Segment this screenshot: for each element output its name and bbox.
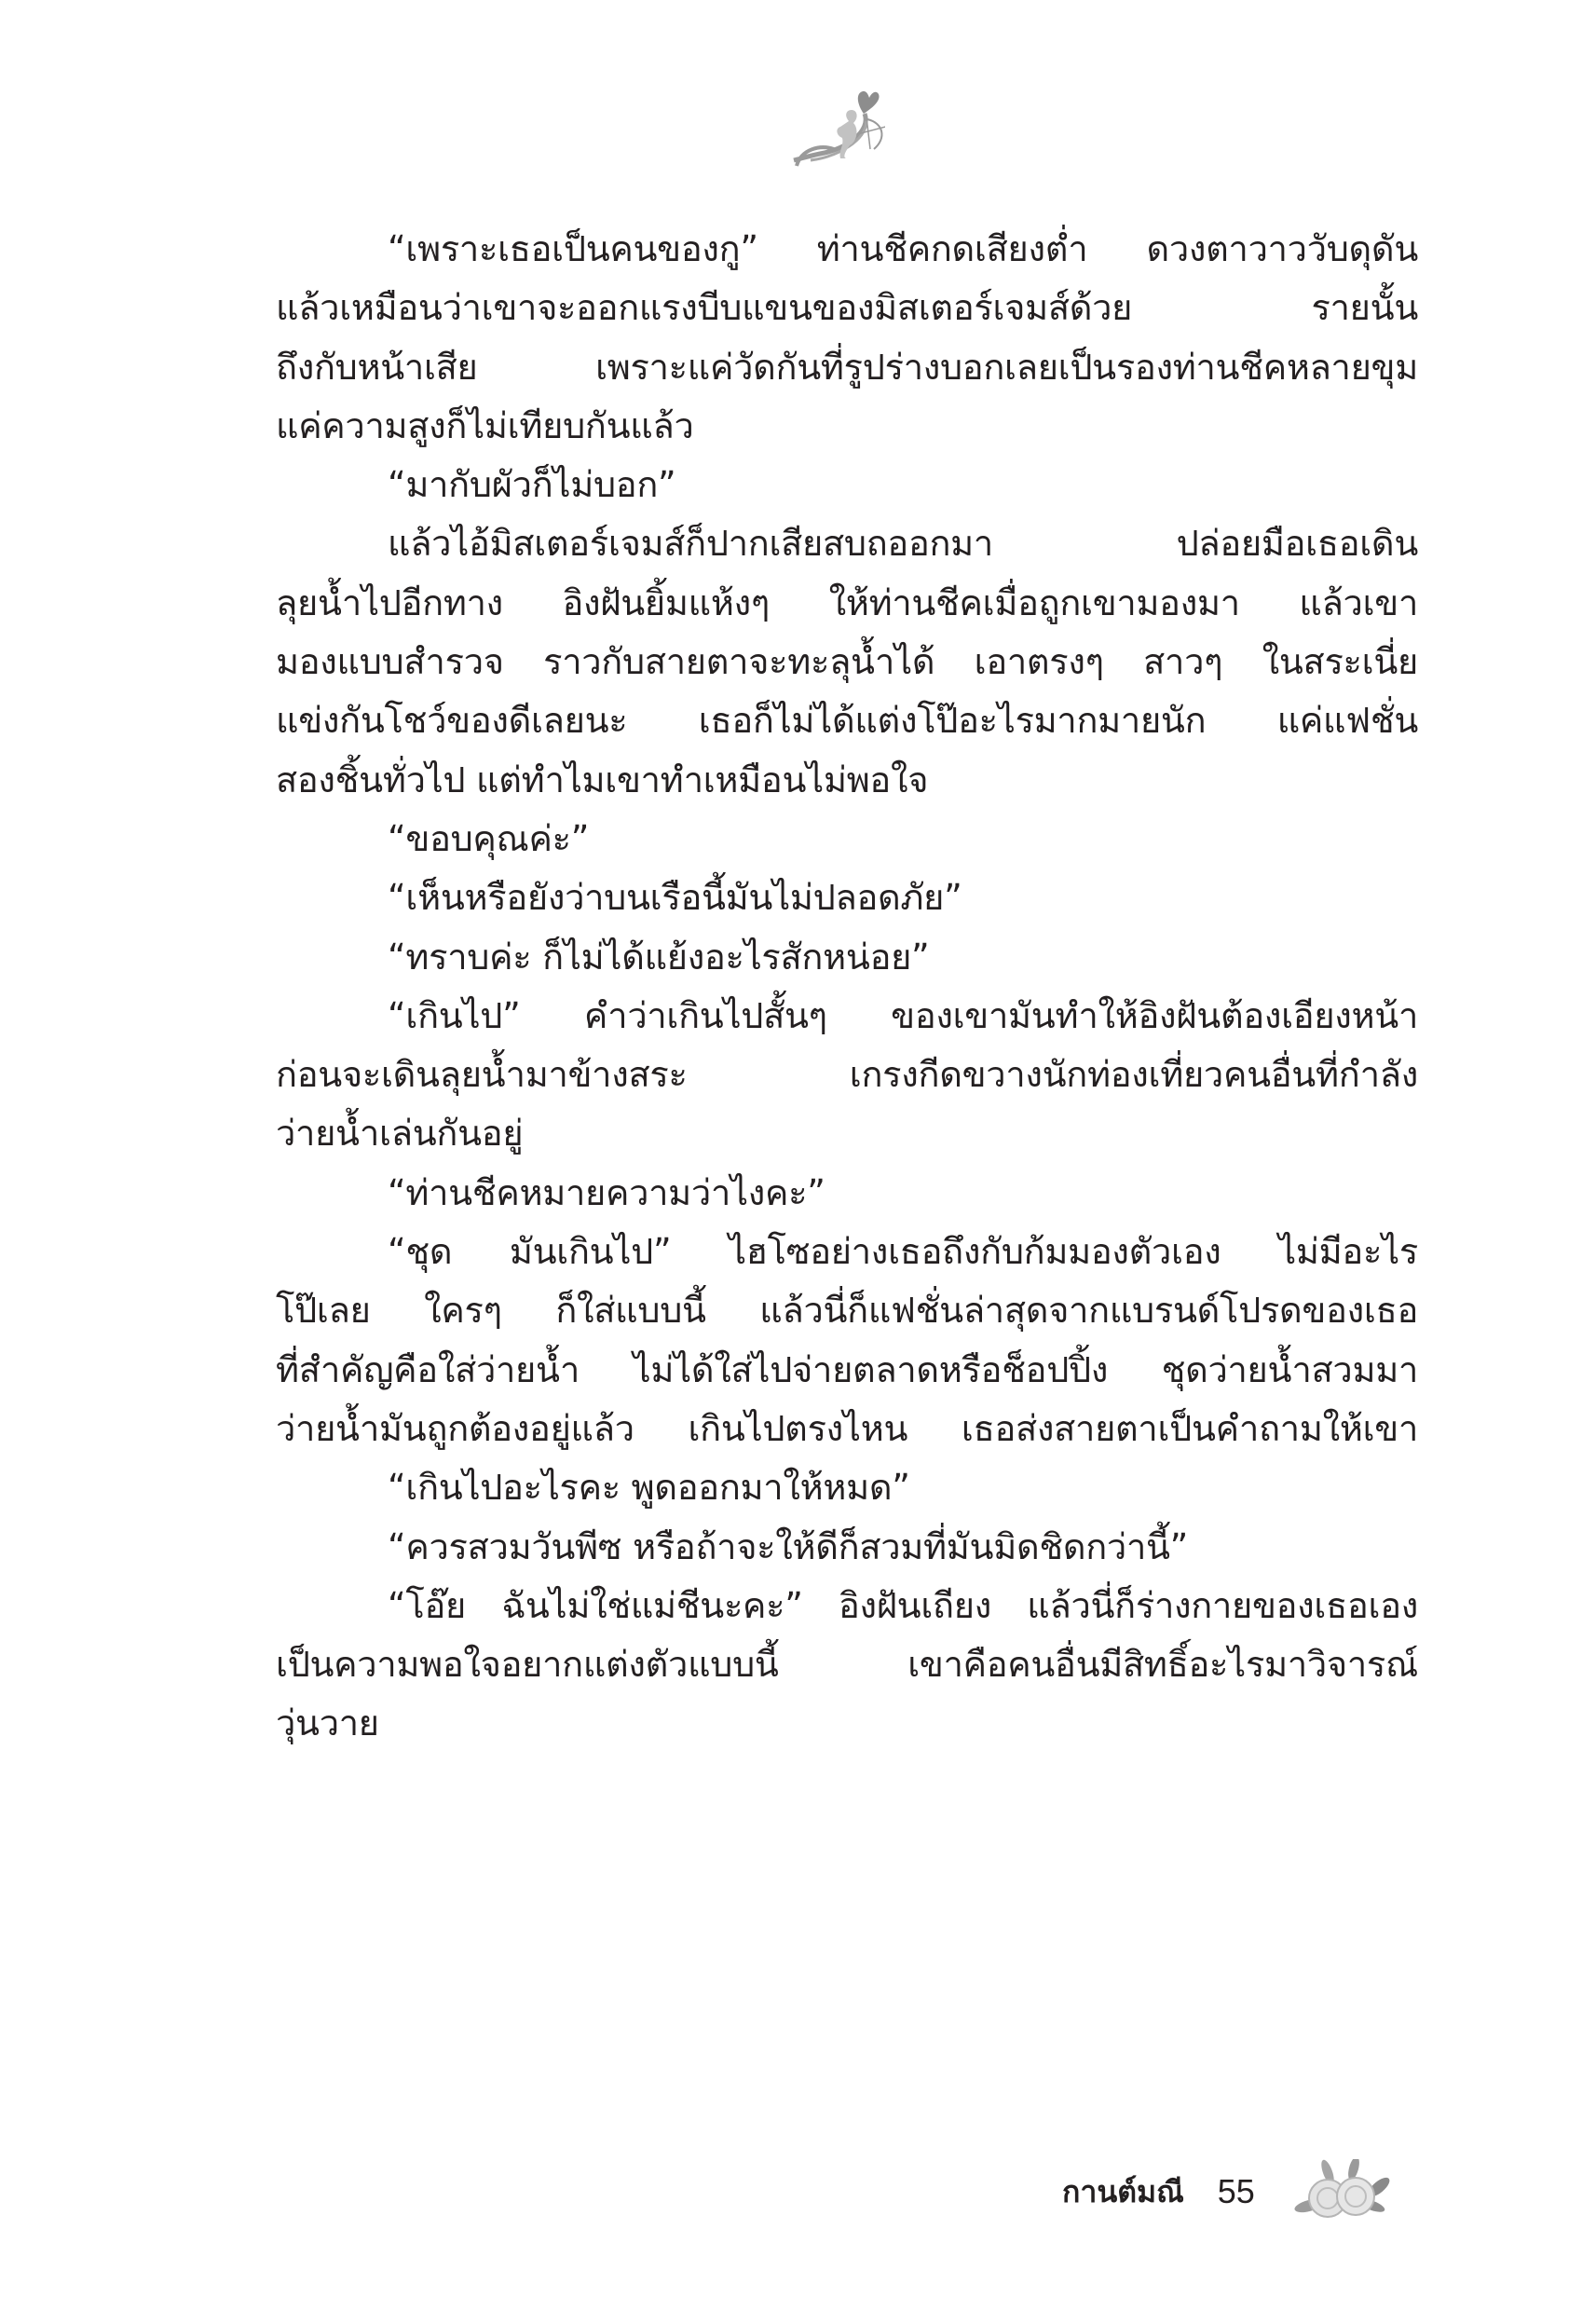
text-line: มองแบบสำรวจ ราวกับสายตาจะทะลุน้ำได้ เอาต… (276, 633, 1418, 691)
text-line: “ขอบคุณค่ะ” (276, 810, 1418, 868)
text-line: “ท่านชีคหมายความว่าไงคะ” (276, 1164, 1418, 1223)
novel-text-block: “เพราะเธอเป็นคนของกู” ท่านชีคกดเสียงต่ำ … (276, 220, 1418, 1754)
text-line: โป๊เลย ใครๆ ก็ใส่แบบนี้ แล้วนี่ก็แฟชั่นล… (276, 1281, 1418, 1340)
text-line: “โอ๊ย ฉันไม่ใช่แม่ชีนะคะ” อิงฝันเถียง แล… (276, 1577, 1418, 1635)
text-line: ว่ายน้ำเล่นกันอยู่ (276, 1104, 1418, 1163)
text-line: “เห็นหรือยังว่าบนเรือนี้มันไม่ปลอดภัย” (276, 868, 1418, 927)
text-line: ถึงกับหน้าเสีย เพราะแค่วัดกันที่รูปร่างบ… (276, 338, 1418, 397)
text-line: ที่สำคัญคือใส่ว่ายน้ำ ไม่ได้ใส่ไปจ่ายตลา… (276, 1341, 1418, 1400)
text-line: “เกินไปอะไรคะ พูดออกมาให้หมด” (276, 1458, 1418, 1517)
text-line: ก่อนจะเดินลุยน้ำมาข้างสระ เกรงกีดขวางนัก… (276, 1046, 1418, 1104)
page-footer: กานต์มณี 55 (1062, 2164, 1393, 2220)
text-line: ว่ายน้ำมันถูกต้องอยู่แล้ว เกินไปตรงไหน เ… (276, 1400, 1418, 1458)
text-line: “เพราะเธอเป็นคนของกู” ท่านชีคกดเสียงต่ำ … (276, 220, 1418, 279)
text-line: ลุยน้ำไปอีกทาง อิงฝันยิ้มแห้งๆ ให้ท่านชี… (276, 574, 1418, 633)
text-line: “มากับผัวก็ไม่บอก” (276, 456, 1418, 514)
book-title: กานต์มณี (1062, 2168, 1184, 2216)
text-line: แล้วไอ้มิสเตอร์เจมส์ก็ปากเสียสบถออกมา ปล… (276, 514, 1418, 573)
page-number: 55 (1218, 2172, 1255, 2211)
text-line: แค่ความสูงก็ไม่เทียบกันแล้ว (276, 397, 1418, 456)
text-line: วุ่นวาย (276, 1694, 1418, 1753)
text-line: แข่งกันโชว์ของดีเลยนะ เธอก็ไม่ได้แต่งโป๊… (276, 691, 1418, 750)
text-line: “ควรสวมวันพีซ หรือถ้าจะให้ดีก็สวมที่มันม… (276, 1518, 1418, 1577)
cupid-genie-lamp-icon (773, 56, 885, 172)
text-line: “ชุด มันเกินไป” ไฮโซอย่างเธอถึงกับก้มมอง… (276, 1223, 1418, 1281)
text-line: “เกินไป” คำว่าเกินไปสั้นๆ ของเขามันทำให้… (276, 987, 1418, 1046)
text-line: เป็นความพอใจอยากแต่งตัวแบบนี้ เขาคือคนอื… (276, 1635, 1418, 1694)
text-line: “ทราบค่ะ ก็ไม่ได้แย้งอะไรสักหน่อย” (276, 928, 1418, 987)
roses-icon (1290, 2159, 1393, 2224)
text-line: สองชิ้นทั่วไป แต่ทำไมเขาทำเหมือนไม่พอใจ (276, 751, 1418, 810)
text-line: แล้วเหมือนว่าเขาจะออกแรงบีบแขนของมิสเตอร… (276, 279, 1418, 337)
